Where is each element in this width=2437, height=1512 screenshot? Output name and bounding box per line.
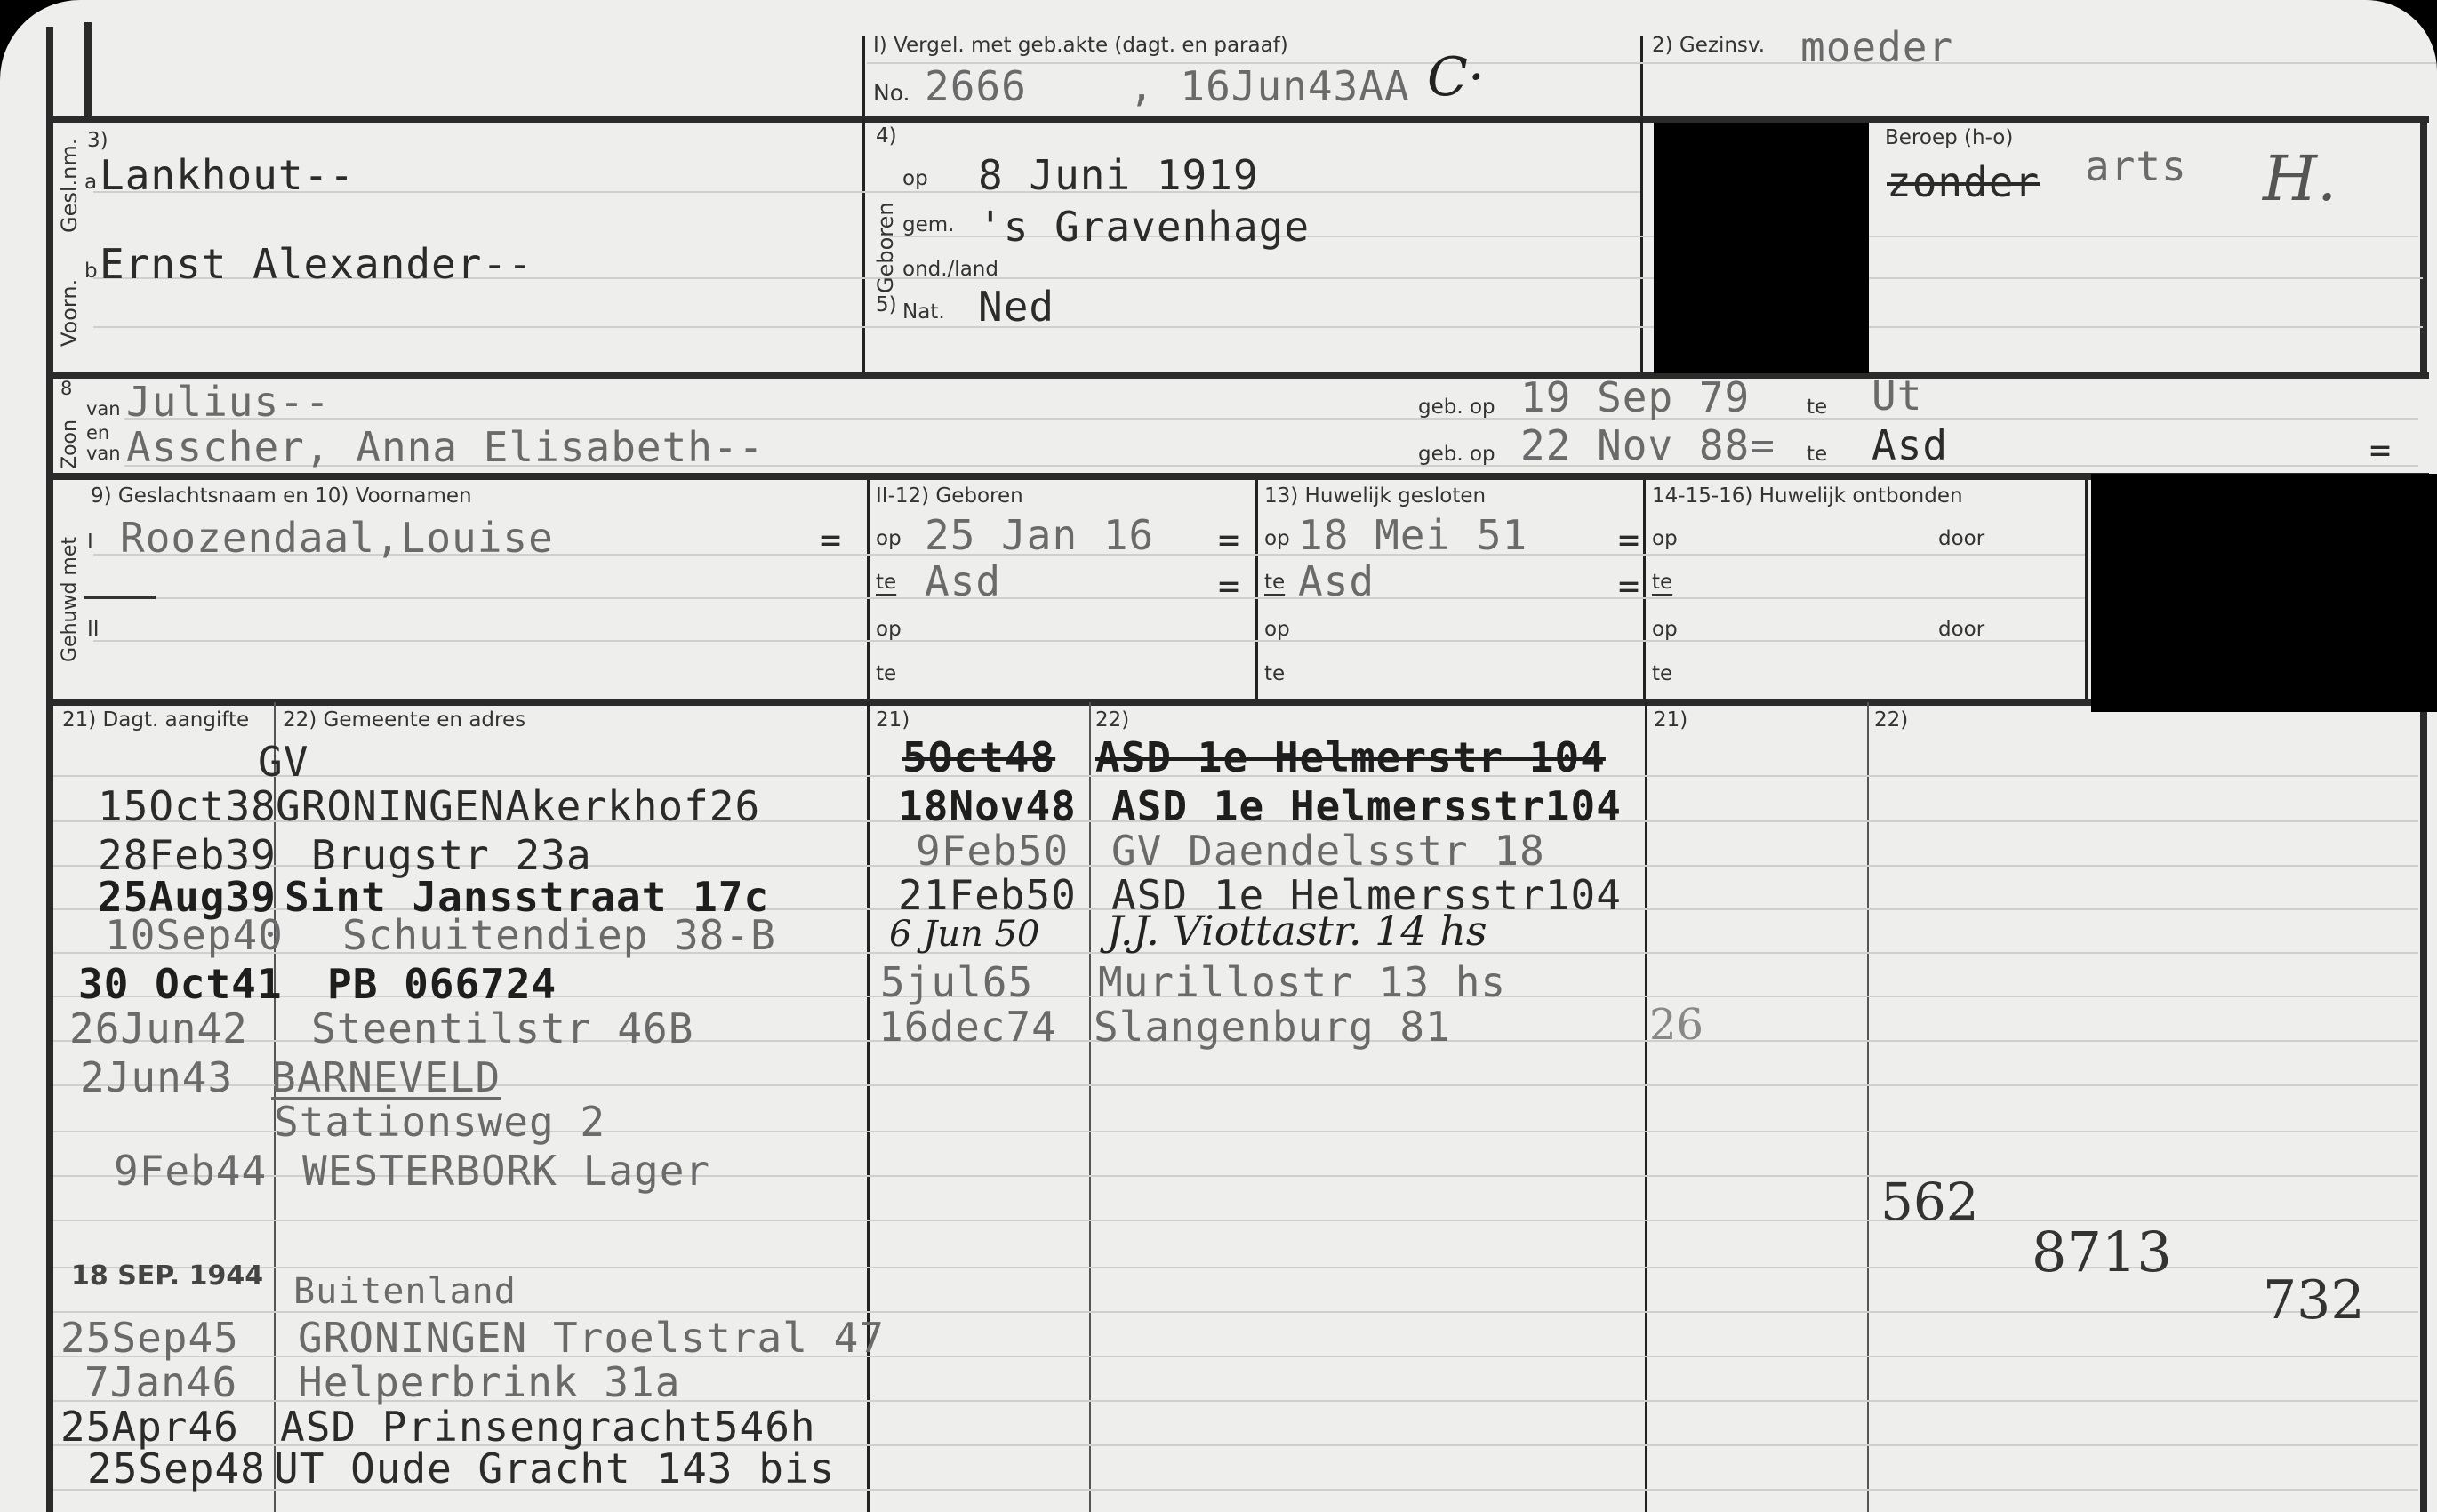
ruled-line (93, 597, 2085, 599)
pencil-number: 562 (1880, 1172, 1979, 1232)
row2-divider-1 (862, 118, 865, 376)
eq-mark: = (1618, 520, 1640, 561)
row4-bottom-rule (46, 699, 2091, 706)
addr-date: 2Jun43 (80, 1053, 233, 1101)
spouse-birth-op-label: op (876, 527, 902, 550)
addr-date: 25Sep45 (60, 1314, 239, 1362)
ruled-line (93, 640, 2085, 642)
married-date: 18 Mei 51 (1298, 511, 1527, 559)
addr-address: ASD 1e Helmersstr104 (1111, 782, 1622, 830)
mother-te-label: te (1807, 443, 1827, 466)
addr-right-border (2420, 702, 2427, 1512)
father-te-label: te (1807, 396, 1827, 419)
spouse-birth-header: II-12) Geboren (876, 484, 1023, 508)
marriage-divider-2 (1255, 480, 1258, 702)
underline-mark (84, 596, 156, 599)
row2-bottom-rule (46, 372, 2429, 379)
header-divider-2 (1640, 36, 1643, 118)
occupation-crossed: zonder (1887, 158, 2040, 206)
parents-end-mark: = (2369, 430, 2392, 471)
ruled-line (93, 326, 2423, 328)
pencil-number: 8713 (2032, 1220, 2172, 1284)
eq-mark: = (1218, 520, 1240, 561)
addr-address: GV Daendelsstr 18 (1111, 827, 1545, 875)
name-field-number: 3) (87, 129, 108, 152)
addr-date: 10Sep40 (105, 911, 284, 959)
addr-date: 5jul65 (880, 958, 1033, 1006)
header-divider-1 (862, 36, 865, 118)
surname-side-label: Gesl.nm. (57, 139, 82, 233)
addr-address: UT Oude Gracht 143 bis (274, 1444, 835, 1492)
right-annotation: 26 (1649, 1000, 1703, 1050)
dissolved-op-label: op (1652, 527, 1678, 550)
father-birth-place: Ut (1872, 372, 1922, 420)
firstnames-side-label: Voorn. (57, 279, 82, 347)
row2-divider-2 (1640, 118, 1643, 376)
dissolved-te-label: te (1652, 571, 1672, 594)
addr-date: 15Oct38 (98, 782, 277, 830)
parents-side-number: 8 (60, 378, 72, 399)
addr-address: ASD Prinsengracht546h (280, 1403, 816, 1451)
addr-divider-2 (1645, 702, 1647, 1512)
addr-divider-1 (867, 702, 870, 1512)
addr-date: 21Feb50 (898, 871, 1077, 919)
marriage-closed-header: 13) Huwelijk gesloten (1264, 484, 1486, 508)
addr-place-header: 22) Gemeente en adres (283, 708, 525, 732)
spouse2-birth-op-label: op (876, 618, 902, 641)
addr-date-stamp: 18 SEP. 1944 (71, 1260, 263, 1292)
household-value: moeder (1800, 23, 1953, 71)
marriage-divider-4 (2085, 480, 2088, 702)
birth-date-label: op (902, 167, 928, 190)
occupation-value: arts (2085, 142, 2187, 190)
addr-address-struck: ASD 1e Helmerstr 104 (1095, 733, 1606, 781)
addr-mid-col-divider (1089, 702, 1091, 1512)
addr-date: 18Nov48 (898, 782, 1077, 830)
addr-date: 26Jun42 (69, 1004, 248, 1052)
married-op-label: op (1264, 527, 1290, 550)
surname: Lankhout-- (100, 151, 355, 199)
parents-en-label: en (86, 422, 109, 444)
addr-date-handwritten: 6 Jun 50 (889, 914, 1039, 955)
redaction-box (1654, 123, 1869, 373)
married-te-label: te (1264, 571, 1285, 594)
marriage-side-label: Gehuwd met (59, 537, 81, 662)
dissolved2-door-label: door (1938, 618, 1984, 641)
household-label: 2) Gezinsv. (1652, 34, 1765, 57)
surname-marker: a (84, 171, 97, 194)
married2-te-label: te (1264, 662, 1285, 685)
addr-date-struck: 5Oct48 (902, 733, 1055, 781)
birth-field-number: 4) (876, 124, 897, 148)
addr-address: Brugstr 23a (311, 831, 592, 879)
mother-birth-date: 22 Nov 88= (1520, 421, 1776, 469)
marriage-divider-3 (1643, 480, 1646, 702)
addr-date: 30 Oct41 (78, 960, 283, 1008)
spouse-birth-te-label: te (876, 571, 896, 594)
nationality: Ned (978, 283, 1054, 331)
addr-address: PB 066724 (327, 960, 557, 1008)
addr-address: Helperbrink 31a (298, 1358, 680, 1406)
married2-op-label: op (1264, 618, 1290, 641)
redaction-box (2091, 474, 2437, 712)
addr-date: 28Feb39 (98, 831, 277, 879)
birth-place: 's Gravenhage (978, 203, 1310, 251)
no-label: No. (873, 80, 910, 106)
row3-bottom-rule (46, 473, 2429, 480)
addr-place-header-3: 22) (1874, 708, 1908, 732)
addr-date: 25Apr46 (60, 1403, 239, 1451)
addr-date-header: 21) Dagt. aangifte (62, 708, 249, 732)
eq-mark: = (820, 520, 842, 561)
mother-geb-label: geb. op (1418, 443, 1495, 466)
mother-van-label: van (86, 443, 121, 464)
addr-right-col-divider (1867, 702, 1869, 1512)
header-bottom-rule (46, 116, 2429, 123)
addr-date: 9Feb50 (916, 827, 1069, 875)
addr-address: Stationsweg 2 (274, 1098, 605, 1146)
initials-signature: C· (1427, 46, 1485, 108)
addr-date: 16dec74 (878, 1003, 1057, 1051)
spouse1-birth-date: 25 Jan 16 (925, 511, 1154, 559)
comparison-date: , 16Jun43AA (1129, 62, 1410, 110)
left-border (46, 27, 53, 1512)
comparison-label: I) Vergel. met geb.akte (dagt. en paraaf… (873, 34, 1288, 57)
spouse2-roman: II (87, 618, 100, 641)
father-birth-date: 19 Sep 79 (1520, 373, 1750, 421)
eq-mark: = (1218, 566, 1240, 607)
addr-date: 7Jan46 (84, 1358, 237, 1406)
occupation-label: Beroep (h-o) (1885, 126, 2013, 149)
eq-mark: = (1618, 566, 1640, 607)
addr-address: Buitenland (293, 1271, 517, 1312)
addr-place-header-2: 22) (1095, 708, 1129, 732)
registration-card: I) Vergel. met geb.akte (dagt. en paraaf… (0, 0, 2437, 1512)
addr-address: Schuitendiep 38-B (342, 911, 776, 959)
spouse1-name: Roozendaal,Louise (120, 514, 554, 562)
addr-address: Slangenburg 81 (1094, 1003, 1451, 1051)
dissolved2-te-label: te (1652, 662, 1672, 685)
father-name: Julius-- (126, 378, 331, 426)
parents-side-label: Zoon (59, 420, 81, 469)
addr-address: Steentilstr 46B (311, 1004, 693, 1052)
birth-side-label: Geboren (873, 202, 898, 293)
addr-municipality-prefix: GV (258, 738, 309, 786)
spouse1-birth-place: Asd (925, 557, 1001, 605)
addr-date: 9Feb44 (114, 1147, 267, 1195)
addr-address: WESTERBORK Lager (302, 1147, 710, 1195)
spouse2-birth-te-label: te (876, 662, 896, 685)
addr-address: Murillostr 13 hs (1098, 958, 1506, 1006)
addr-date-header-2: 21) (876, 708, 910, 732)
ruled-line (867, 62, 2437, 64)
spouse1-roman: I (87, 531, 93, 554)
spouse-name-header: 9) Geslachtsnaam en 10) Voornamen (91, 484, 472, 508)
birth-country-label: ond./land (902, 258, 998, 281)
nationality-field-number: 5) (876, 293, 897, 316)
nationality-label: Nat. (902, 300, 945, 324)
pencil-number: 732 (2263, 1269, 2365, 1332)
father-geb-label: geb. op (1418, 396, 1495, 419)
dissolved2-op-label: op (1652, 618, 1678, 641)
addr-address: GRONINGEN Troelstral 47 (298, 1314, 885, 1362)
addr-address-handwritten: J.J. Viottastr. 14 hs (1107, 907, 1487, 955)
addr-address: GRONINGENAkerkhof26 (276, 782, 760, 830)
father-van-label: van (86, 398, 121, 420)
mother-name: Asscher, Anna Elisabeth-- (126, 423, 764, 471)
dissolved-door-label: door (1938, 527, 1984, 550)
addr-date-header-3: 21) (1654, 708, 1687, 732)
addr-address: BARNEVELD (271, 1053, 501, 1101)
firstnames-marker: b (84, 260, 98, 283)
occupation-annotation: H. (2263, 142, 2337, 215)
married-place: Asd (1298, 557, 1375, 605)
birth-date: 8 Juni 1919 (978, 151, 1259, 199)
row2-right-border (2420, 118, 2427, 376)
marriage-divider-1 (867, 480, 870, 702)
addr-date: 25Sep48 (87, 1444, 266, 1492)
record-number: 2666 (925, 62, 1027, 110)
birth-place-label: gem. (902, 213, 954, 236)
marriage-dissolved-header: 14-15-16) Huwelijk ontbonden (1652, 484, 1963, 508)
mother-birth-place: Asd (1872, 421, 1948, 469)
ruled-line (124, 418, 2418, 420)
top-left-marker (84, 22, 92, 118)
firstnames: Ernst Alexander-- (100, 240, 533, 288)
